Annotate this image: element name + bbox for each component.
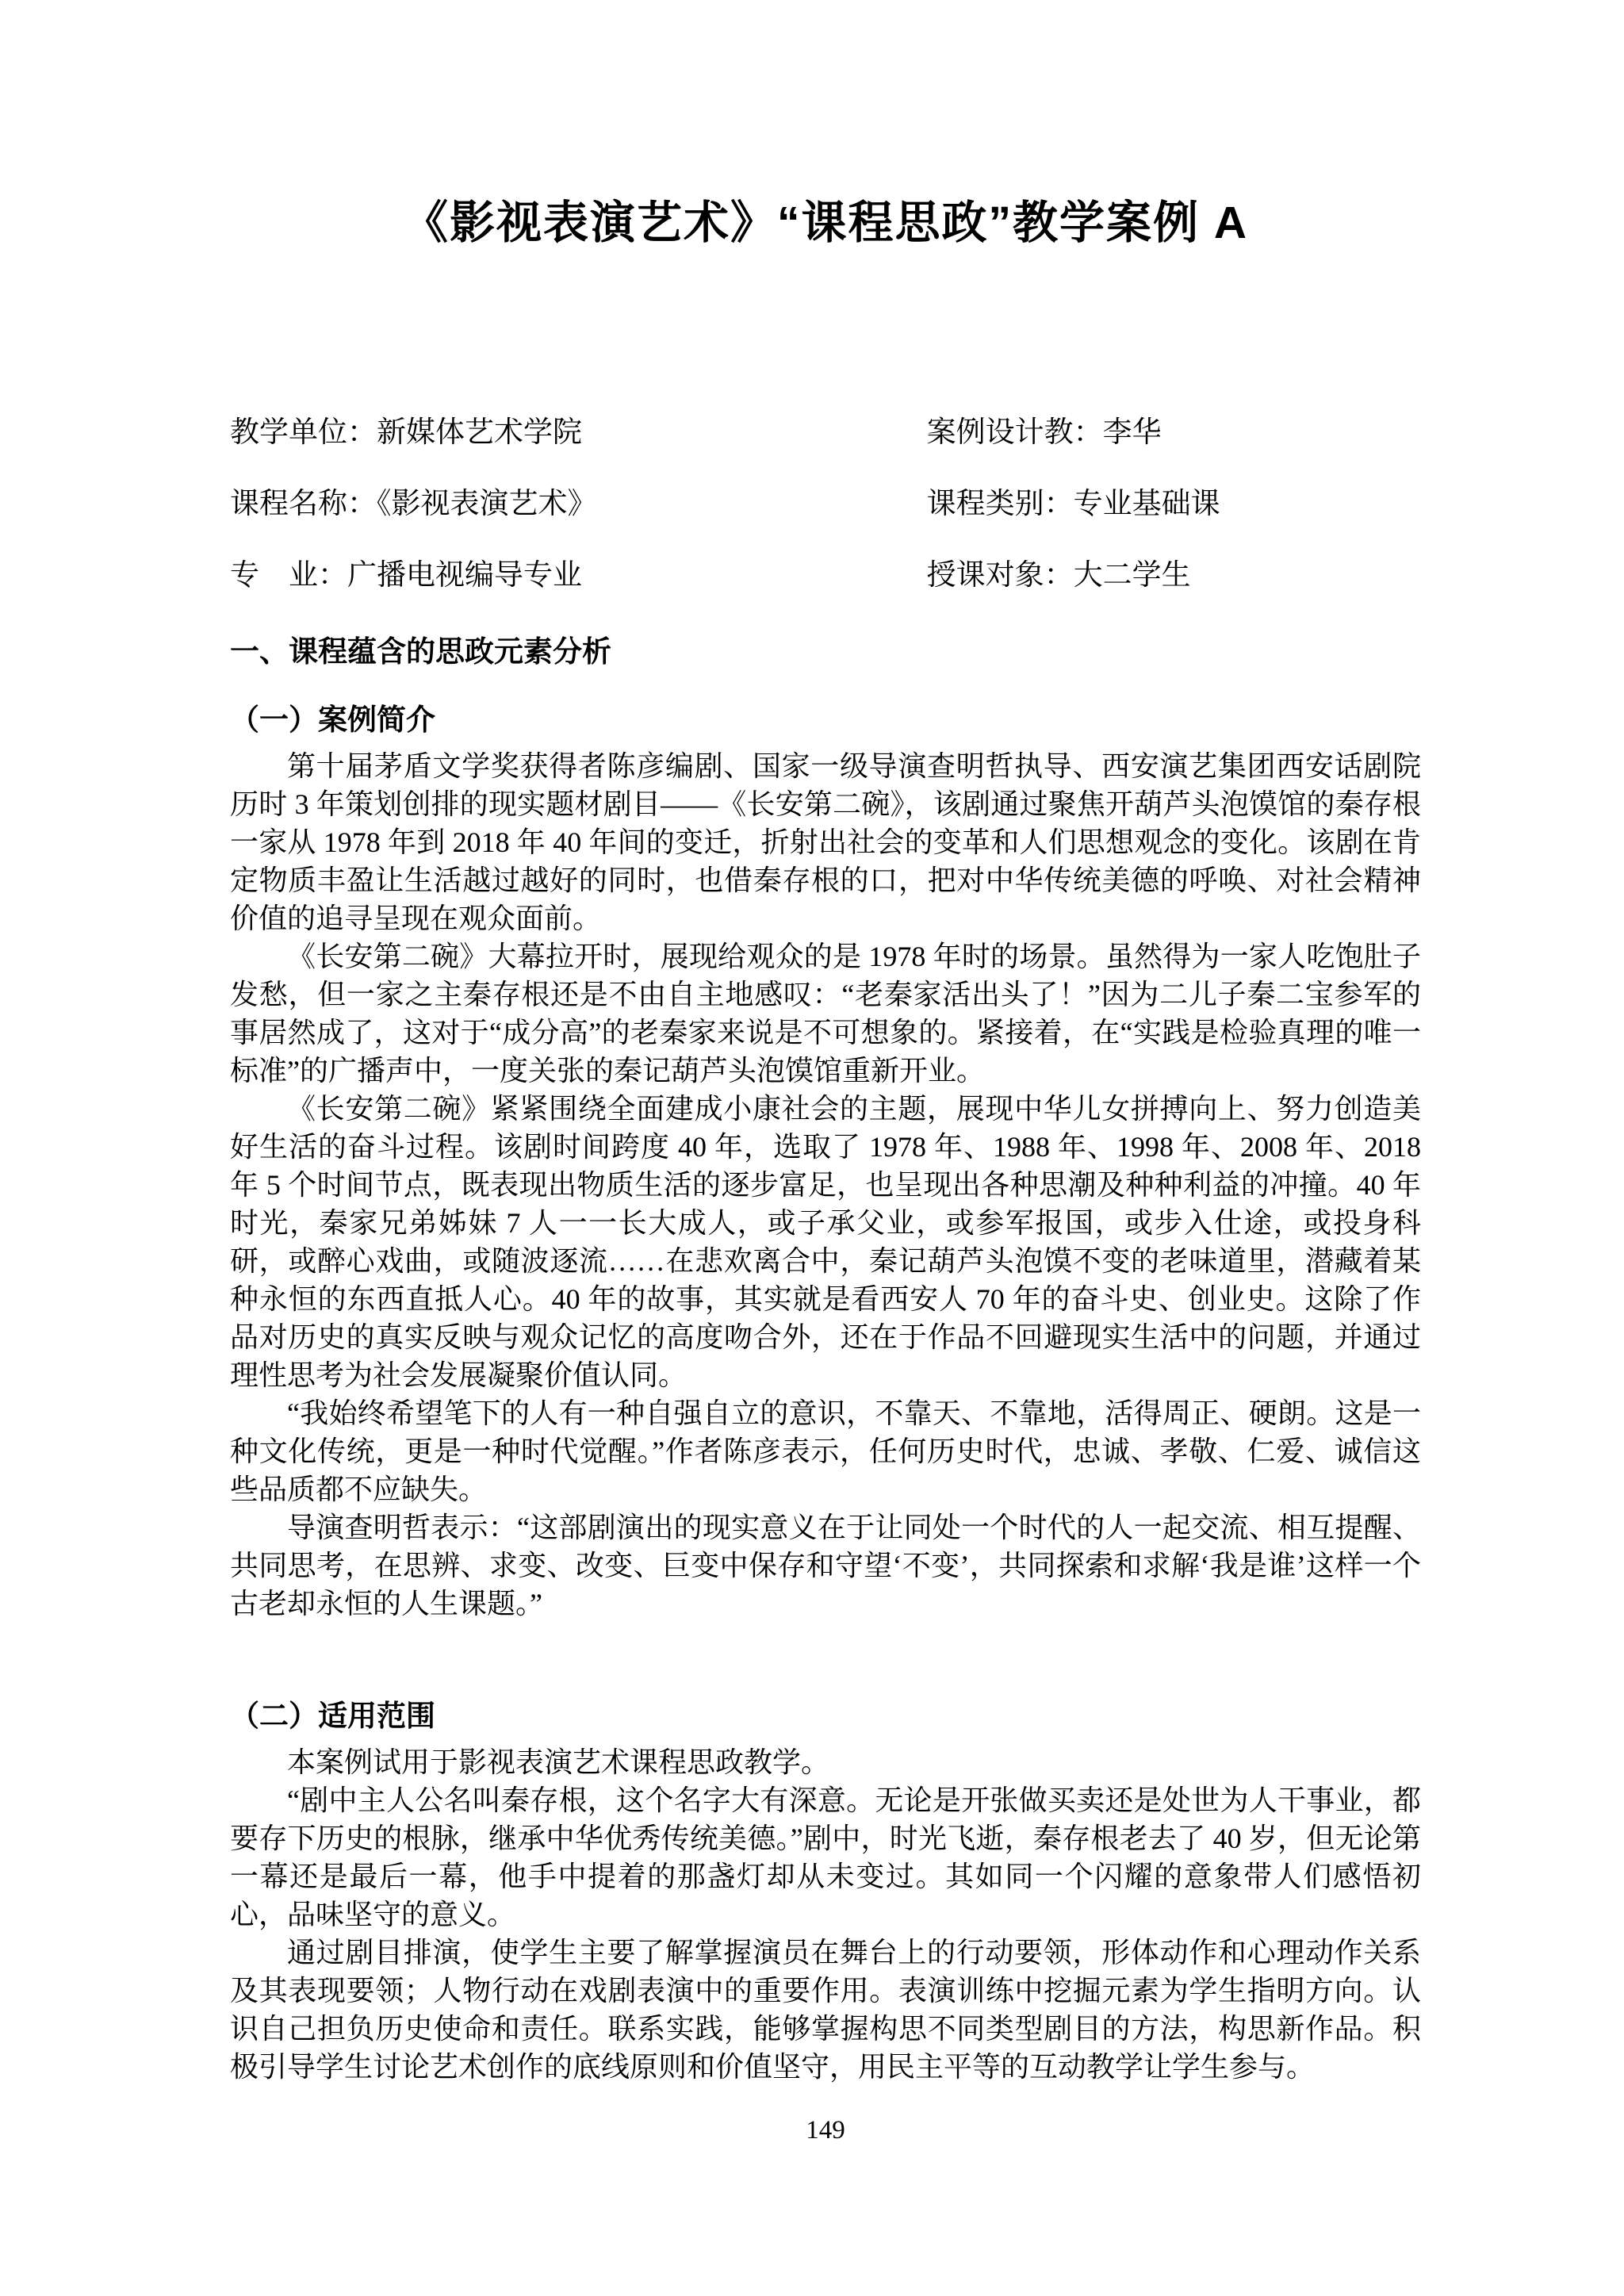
page-content: 《影视表演艺术》“课程思政”教学案例 A 教学单位：新媒体艺术学院 案例设计教：… [0, 0, 1624, 2146]
metadata-audience: 授课对象：大二学生 [927, 558, 1421, 593]
metadata-block: 教学单位：新媒体艺术学院 案例设计教：李华 课程名称：《影视表演艺术》 课程类别… [230, 416, 1421, 593]
metadata-course-name: 课程名称：《影视表演艺术》 [230, 487, 927, 522]
section-heading: 一、课程蕴含的思政元素分析 [230, 634, 1421, 671]
paragraph: 本案例试用于影视表演艺术课程思政教学。 [230, 1743, 1421, 1781]
paragraph: 《长安第二碗》紧紧围绕全面建成小康社会的主题，展现中华儿女拼搏向上、努力创造美好… [230, 1090, 1421, 1394]
page-footer: 149 [230, 2114, 1421, 2146]
metadata-row: 教学单位：新媒体艺术学院 案例设计教：李华 [230, 416, 1421, 450]
document-page: 《影视表演艺术》“课程思政”教学案例 A 教学单位：新媒体艺术学院 案例设计教：… [0, 0, 1624, 2296]
paragraph: 《长安第二碗》大幕拉开时，展现给观众的是 1978 年时的场景。虽然得为一家人吃… [230, 937, 1421, 1090]
metadata-row: 专 业：广播电视编导专业 授课对象：大二学生 [230, 558, 1421, 593]
metadata-case-designer: 案例设计教：李华 [927, 416, 1421, 450]
subsection-body-case-intro: 第十届茅盾文学奖获得者陈彦编剧、国家一级导演查明哲执导、西安演艺集团西安话剧院历… [230, 747, 1421, 1623]
paragraph: 导演查明哲表示：“这部剧演出的现实意义在于让同处一个时代的人一起交流、相互提醒、… [230, 1508, 1421, 1623]
subsection-body-scope: 本案例试用于影视表演艺术课程思政教学。 “剧中主人公名叫秦存根，这个名字大有深意… [230, 1743, 1421, 2086]
paragraph: “剧中主人公名叫秦存根，这个名字大有深意。无论是开张做买卖还是处世为人干事业，都… [230, 1781, 1421, 1934]
page-title: 《影视表演艺术》“课程思政”教学案例 A [230, 0, 1421, 249]
subsection-heading-case-intro: （一）案例简介 [230, 703, 1421, 739]
paragraph: 第十届茅盾文学奖获得者陈彦编剧、国家一级导演查明哲执导、西安演艺集团西安话剧院历… [230, 747, 1421, 937]
page-number: 149 [806, 2116, 845, 2145]
metadata-teaching-unit: 教学单位：新媒体艺术学院 [230, 416, 927, 450]
paragraph: “我始终希望笔下的人有一种自强自立的意识，不靠天、不靠地，活得周正、硬朗。这是一… [230, 1394, 1421, 1508]
metadata-major: 专 业：广播电视编导专业 [230, 558, 927, 593]
metadata-course-category: 课程类别：专业基础课 [927, 487, 1421, 522]
subsection-heading-scope: （二）适用范围 [230, 1699, 1421, 1735]
paragraph: 通过剧目排演，使学生主要了解掌握演员在舞台上的行动要领，形体动作和心理动作关系及… [230, 1934, 1421, 2086]
metadata-row: 课程名称：《影视表演艺术》 课程类别：专业基础课 [230, 487, 1421, 522]
